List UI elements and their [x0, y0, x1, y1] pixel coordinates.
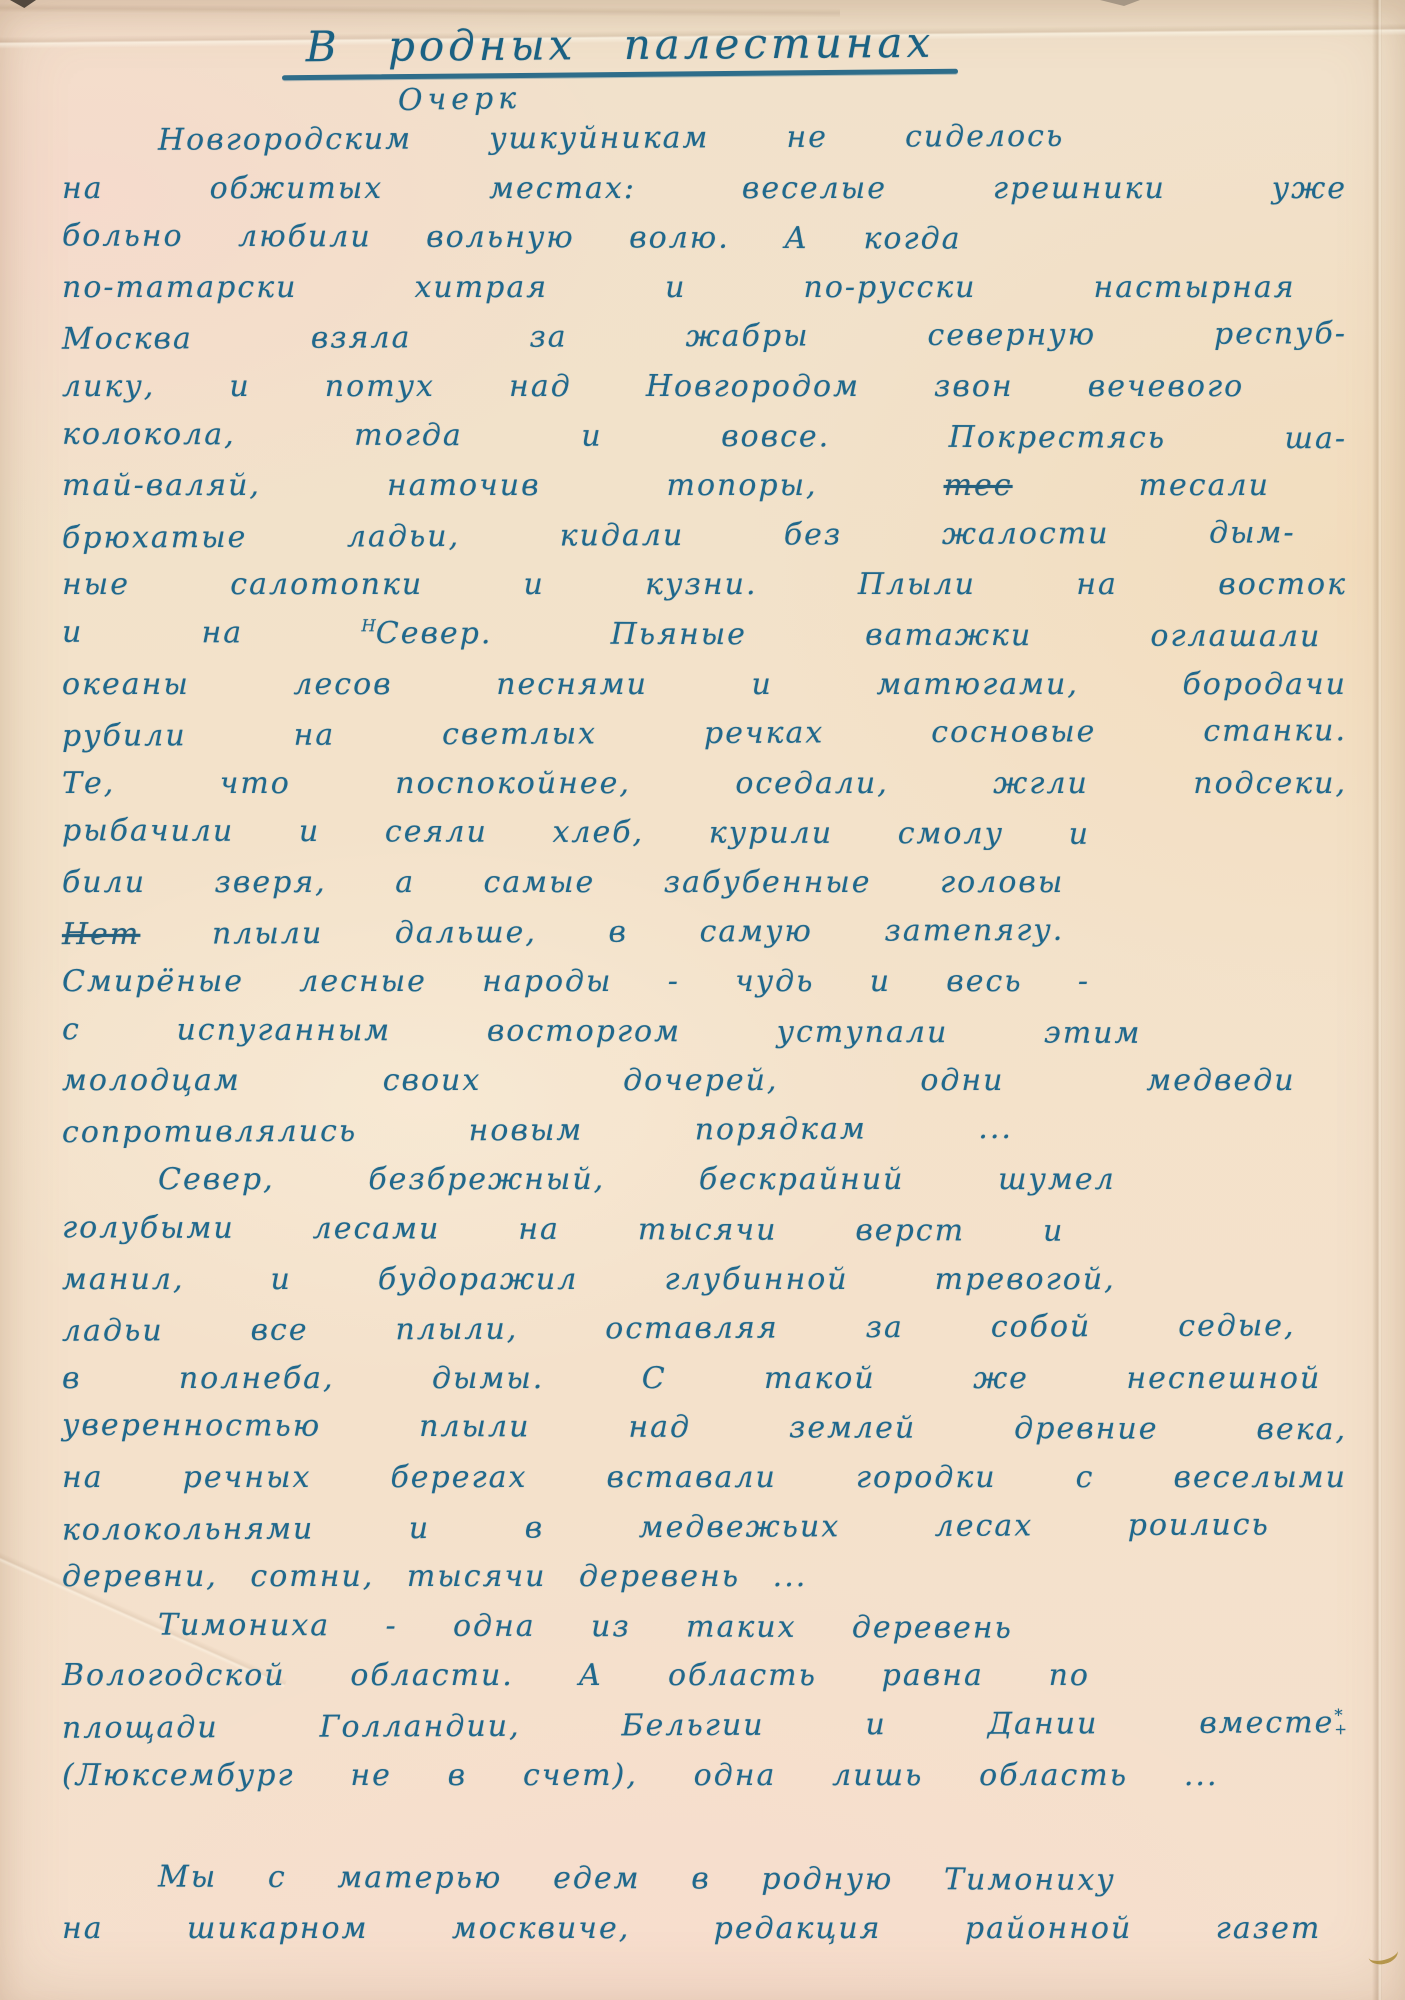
- paper-fold-shadow: [1372, 0, 1382, 2000]
- handwritten-text: площади Голландии, Бельгии и Дании вмест…: [62, 1705, 1335, 1746]
- manuscript-line: на речных берегах вставали городки с вес…: [62, 1460, 1347, 1510]
- manuscript-body: Новгородским ушкуйникам не сиделосьна об…: [62, 121, 1347, 1960]
- handwritten-text: Тимониха - одна из таких деревень: [158, 1607, 1013, 1645]
- handwritten-text: тай-валяй, наточив топоры,: [62, 468, 944, 503]
- handwritten-text: Север. Пьяные ватажки оглашали: [376, 616, 1322, 654]
- manuscript-line: на шикарном москвиче, редакция районной …: [62, 1911, 1321, 1961]
- manuscript-line: в полнеба, дымы. С такой же неспешной: [62, 1361, 1321, 1411]
- handwritten-text: колокольнями и в медвежьих лесах роились: [62, 1507, 1270, 1547]
- handwritten-text: Мы с матерью едем в родную Тимониху: [158, 1860, 1116, 1898]
- manuscript-line: лику, и потух над Новгородом звон вечево…: [62, 369, 1244, 419]
- footnote-mark: +: [1334, 1720, 1347, 1738]
- manuscript-line: Те, что поспокойнее, оседали, жгли подсе…: [62, 766, 1347, 816]
- manuscript-line: колокола, тогда и вовсе. Покрестясь ша-: [62, 416, 1347, 470]
- manuscript-line: (Люксембург не в счет), одна лишь област…: [62, 1758, 1219, 1808]
- manuscript-line: Нет плыли дальше, в самую затепягу.: [62, 912, 1065, 966]
- handwritten-text: в полнеба, дымы. С такой же неспешной: [62, 1361, 1321, 1396]
- manuscript-line: сопротивлялись новым порядкам ...: [62, 1111, 1013, 1165]
- manuscript-line: голубыми лесами на тысячи верст и: [62, 1210, 1064, 1263]
- handwritten-text: лику, и потух над Новгородом звон вечево…: [62, 369, 1244, 404]
- handwritten-text: деревни, сотни, тысячи деревень ...: [62, 1559, 807, 1594]
- manuscript-line: колокольнями и в медвежьих лесах роились: [62, 1507, 1270, 1562]
- torn-edge-notch: [10, 0, 36, 8]
- handwritten-text: с испуганным восторгом уступали этим: [62, 1012, 1142, 1051]
- handwritten-text: ные салотопки и кузни. Плыли на восток: [62, 567, 1347, 602]
- handwritten-text: больно любили вольную волю. А когда: [62, 219, 962, 257]
- manuscript-line: рыбачили и сеяли хлеб, курили смолу и: [62, 814, 1090, 867]
- handwritten-text: Новгородским ушкуйникам не сиделось: [158, 119, 1064, 158]
- handwritten-text: били зверя, а самые забубенные головы: [62, 865, 1064, 900]
- manuscript-line: деревни, сотни, тысячи деревень ...: [62, 1559, 807, 1609]
- handwritten-text: и на: [62, 615, 361, 651]
- handwritten-text: на речных берегах вставали городки с вес…: [62, 1460, 1347, 1495]
- manuscript-line: рубили на светлых речках сосновые станки…: [62, 713, 1347, 768]
- handwritten-text: Те, что поспокойнее, оседали, жгли подсе…: [62, 766, 1347, 801]
- page-title: В родных палестинах: [282, 18, 958, 72]
- handwritten-text: плыли дальше, в самую затепягу.: [140, 912, 1064, 951]
- handwritten-text: сопротивлялись новым порядкам ...: [62, 1111, 1013, 1150]
- handwritten-text: рубили на светлых речках сосновые станки…: [62, 713, 1347, 754]
- handwritten-text: океаны лесов песнями и матюгами, бородач…: [62, 667, 1347, 702]
- handwritten-text: колокола, тогда и вовсе. Покрестясь ша-: [62, 416, 1347, 455]
- paper-crease: [0, 3, 840, 17]
- manuscript-page: В родных палестинах Очерк Новгородским у…: [0, 0, 1405, 2000]
- manuscript-line: Север, безбрежный, бескрайний шумел: [62, 1162, 1116, 1212]
- manuscript-line: Тимониха - одна из таких деревень: [62, 1607, 1013, 1660]
- manuscript-line: били зверя, а самые забубенные головы: [62, 865, 1064, 915]
- handwritten-text: брюхатые ладьи, кидали без жалости дым-: [62, 515, 1296, 555]
- crossed-out-word: Нет: [62, 916, 141, 951]
- handwritten-text: по-татарски хитрая и по-русски настырная: [62, 270, 1296, 305]
- manuscript-line: брюхатые ладьи, кидали без жалости дым-: [62, 515, 1296, 570]
- manuscript-line: ладьи все плыли, оставляя за собой седые…: [62, 1309, 1296, 1364]
- crossed-out-word: тес: [944, 468, 1013, 503]
- handwritten-text: Москва взяла за жабры северную респуб-: [62, 317, 1347, 358]
- handwritten-text: Смирёные лесные народы - чудь и весь -: [62, 964, 1090, 999]
- manuscript-line: и на НСевер. Пьяные ватажки оглашали: [62, 615, 1321, 669]
- manuscript-line: по-татарски хитрая и по-русски настырная: [62, 270, 1296, 320]
- handwritten-text: Север, безбрежный, бескрайний шумел: [158, 1162, 1116, 1197]
- ink-smudge: [1366, 1941, 1400, 1968]
- manuscript-line: ные салотопки и кузни. Плыли на восток: [62, 567, 1347, 617]
- manuscript-line: Мы с матерью едем в родную Тимониху: [62, 1859, 1116, 1912]
- handwritten-text: (Люксембург не в счет), одна лишь област…: [62, 1758, 1219, 1793]
- manuscript-line: Москва взяла за жабры северную респуб-: [62, 317, 1347, 372]
- handwritten-text: уверенностью плыли над землей древние ве…: [62, 1408, 1347, 1447]
- manuscript-line: молодцам своих дочерей, одни медведи: [62, 1063, 1296, 1113]
- handwritten-text: на шикарном москвиче, редакция районной …: [62, 1911, 1321, 1946]
- manuscript-line: манил, и будоражил глубинной тревогой,: [62, 1262, 1116, 1312]
- manuscript-line: больно любили вольную волю. А когда: [62, 219, 962, 272]
- page-subtitle: Очерк: [398, 81, 522, 118]
- manuscript-line: тай-валяй, наточив топоры, тес тесали: [62, 468, 1270, 518]
- torn-edge-notch: [1100, 0, 1140, 6]
- handwritten-text: голубыми лесами на тысячи верст и: [62, 1210, 1064, 1248]
- handwritten-text: Вологодской области. А область равна по: [62, 1658, 1090, 1693]
- manuscript-line: уверенностью плыли над землей древние ве…: [62, 1408, 1347, 1462]
- manuscript-line: площади Голландии, Бельгии и Дании вмест…: [62, 1705, 1347, 1760]
- manuscript-line: Смирёные лесные народы - чудь и весь -: [62, 964, 1090, 1014]
- manuscript-line: Вологодской области. А область равна по: [62, 1658, 1090, 1708]
- handwritten-text: молодцам своих дочерей, одни медведи: [62, 1063, 1296, 1098]
- manuscript-line: с испуганным восторгом уступали этим: [62, 1012, 1142, 1065]
- title-block: В родных палестинах: [282, 20, 958, 77]
- handwritten-text: тесали: [1013, 468, 1270, 503]
- manuscript-line: Новгородским ушкуйникам не сиделось: [62, 119, 1065, 173]
- handwritten-text: на обжитых местах: веселые грешники уже: [62, 171, 1347, 206]
- handwritten-text: ладьи все плыли, оставляя за собой седые…: [62, 1309, 1296, 1349]
- insertion-mark: Н: [361, 616, 375, 635]
- handwritten-text: манил, и будоражил глубинной тревогой,: [62, 1262, 1116, 1297]
- handwritten-text: рыбачили и сеяли хлеб, курили смолу и: [62, 814, 1090, 853]
- manuscript-line: океаны лесов песнями и матюгами, бородач…: [62, 667, 1347, 717]
- manuscript-line: на обжитых местах: веселые грешники уже: [62, 171, 1347, 221]
